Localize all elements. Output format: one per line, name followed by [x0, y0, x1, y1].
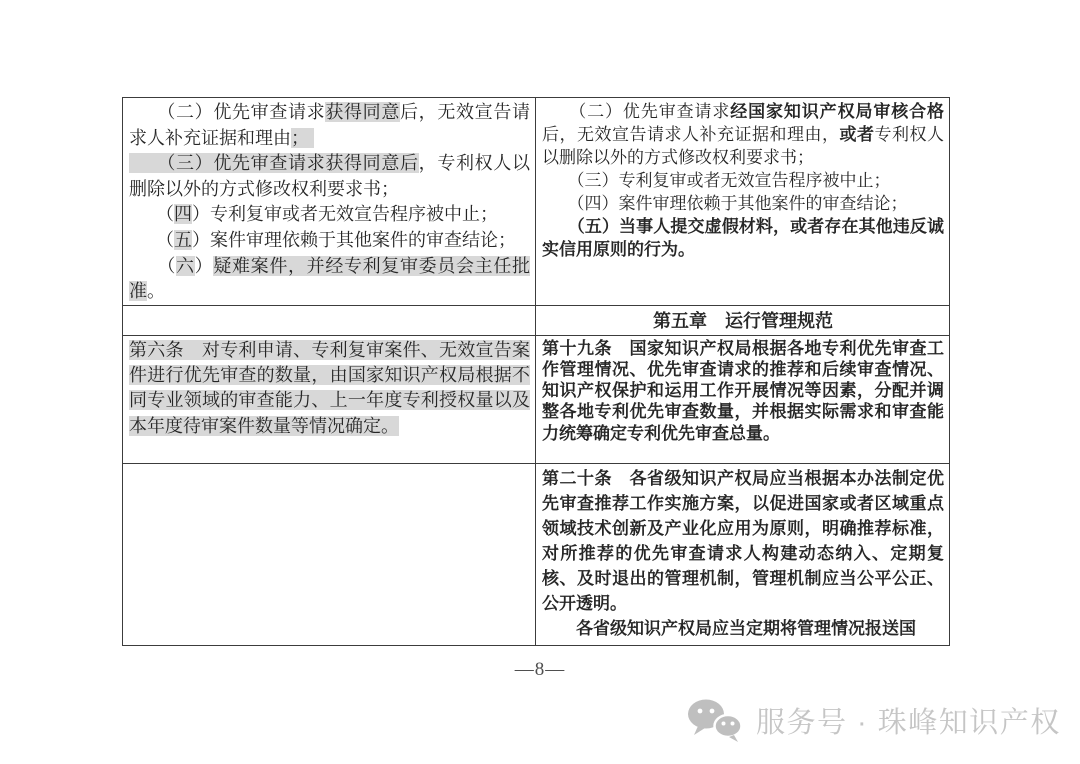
new-text-cell: 第十九条 国家知识产权局根据各地专利优先审查工作管理情况、优先审查请求的推荐和后… [536, 335, 950, 463]
wechat-icon [686, 697, 744, 743]
wechat-watermark: 服务号 · 珠峰知识产权 [686, 694, 1061, 746]
clause-paragraph: 各省级知识产权局应当定期将管理情况报送国 [542, 616, 944, 641]
page-number: —8— [0, 659, 1080, 681]
clause-paragraph: （五）当事人提交虚假材料，或者存在其他违反诚实信用原则的行为。 [542, 215, 944, 261]
clause-paragraph: （四）案件审理依赖于其他案件的审查结论； [542, 192, 944, 215]
clause-paragraph: （三）优先审查请求获得同意后，专利权人以删除以外的方式修改权利要求书； [129, 151, 530, 202]
clause-paragraph: （二）优先审查请求获得同意后，无效宣告请求人补充证据和理由； [129, 100, 530, 151]
clause-paragraph: （四）专利复审或者无效宣告程序被中止； [129, 202, 530, 228]
clause-paragraph: （五）案件审理依赖于其他案件的审查结论； [129, 228, 530, 254]
old-text-cell: （二）优先审查请求获得同意后，无效宣告请求人补充证据和理由； （三）优先审查请求… [123, 98, 536, 306]
clause-paragraph: （六）疑难案件，并经专利复审委员会主任批准。 [129, 254, 530, 305]
clause-paragraph: （二）优先审查请求经国家知识产权局审核合格后，无效宣告请求人补充证据和理由，或者… [542, 100, 944, 169]
clause-paragraph: 第二十条 各省级知识产权局应当根据本办法制定优先审查推荐工作实施方案，以促进国家… [542, 466, 944, 616]
document-page: （二）优先审查请求获得同意后，无效宣告请求人补充证据和理由； （三）优先审查请求… [0, 0, 1080, 764]
table-row-article6: 第六条 对专利申请、专利复审案件、无效宣告案件进行优先审查的数量，由国家知识产权… [123, 335, 950, 463]
comparison-table: （二）优先审查请求获得同意后，无效宣告请求人补充证据和理由； （三）优先审查请求… [122, 97, 950, 646]
new-text-cell: 第二十条 各省级知识产权局应当根据本办法制定优先审查推荐工作实施方案，以促进国家… [536, 463, 950, 645]
table-row-clauses: （二）优先审查请求获得同意后，无效宣告请求人补充证据和理由； （三）优先审查请求… [123, 98, 950, 306]
chapter-heading: 第五章 运行管理规范 [542, 308, 944, 335]
table-row-article20: 第二十条 各省级知识产权局应当根据本办法制定优先审查推荐工作实施方案，以促进国家… [123, 463, 950, 645]
new-text-cell: 第五章 运行管理规范 [536, 305, 950, 335]
clause-paragraph: （三）专利复审或者无效宣告程序被中止； [542, 169, 944, 192]
table-row-chapter: 第五章 运行管理规范 [123, 305, 950, 335]
old-text-cell-empty [123, 463, 536, 645]
old-text-cell: 第六条 对专利申请、专利复审案件、无效宣告案件进行优先审查的数量，由国家知识产权… [123, 335, 536, 463]
old-text-cell-empty [123, 305, 536, 335]
clause-paragraph: 第十九条 国家知识产权局根据各地专利优先审查工作管理情况、优先审查请求的推荐和后… [542, 338, 944, 444]
clause-paragraph: 第六条 对专利申请、专利复审案件、无效宣告案件进行优先审查的数量，由国家知识产权… [129, 338, 530, 439]
watermark-text: 服务号 · 珠峰知识产权 [756, 700, 1061, 741]
new-text-cell: （二）优先审查请求经国家知识产权局审核合格后，无效宣告请求人补充证据和理由，或者… [536, 98, 950, 306]
